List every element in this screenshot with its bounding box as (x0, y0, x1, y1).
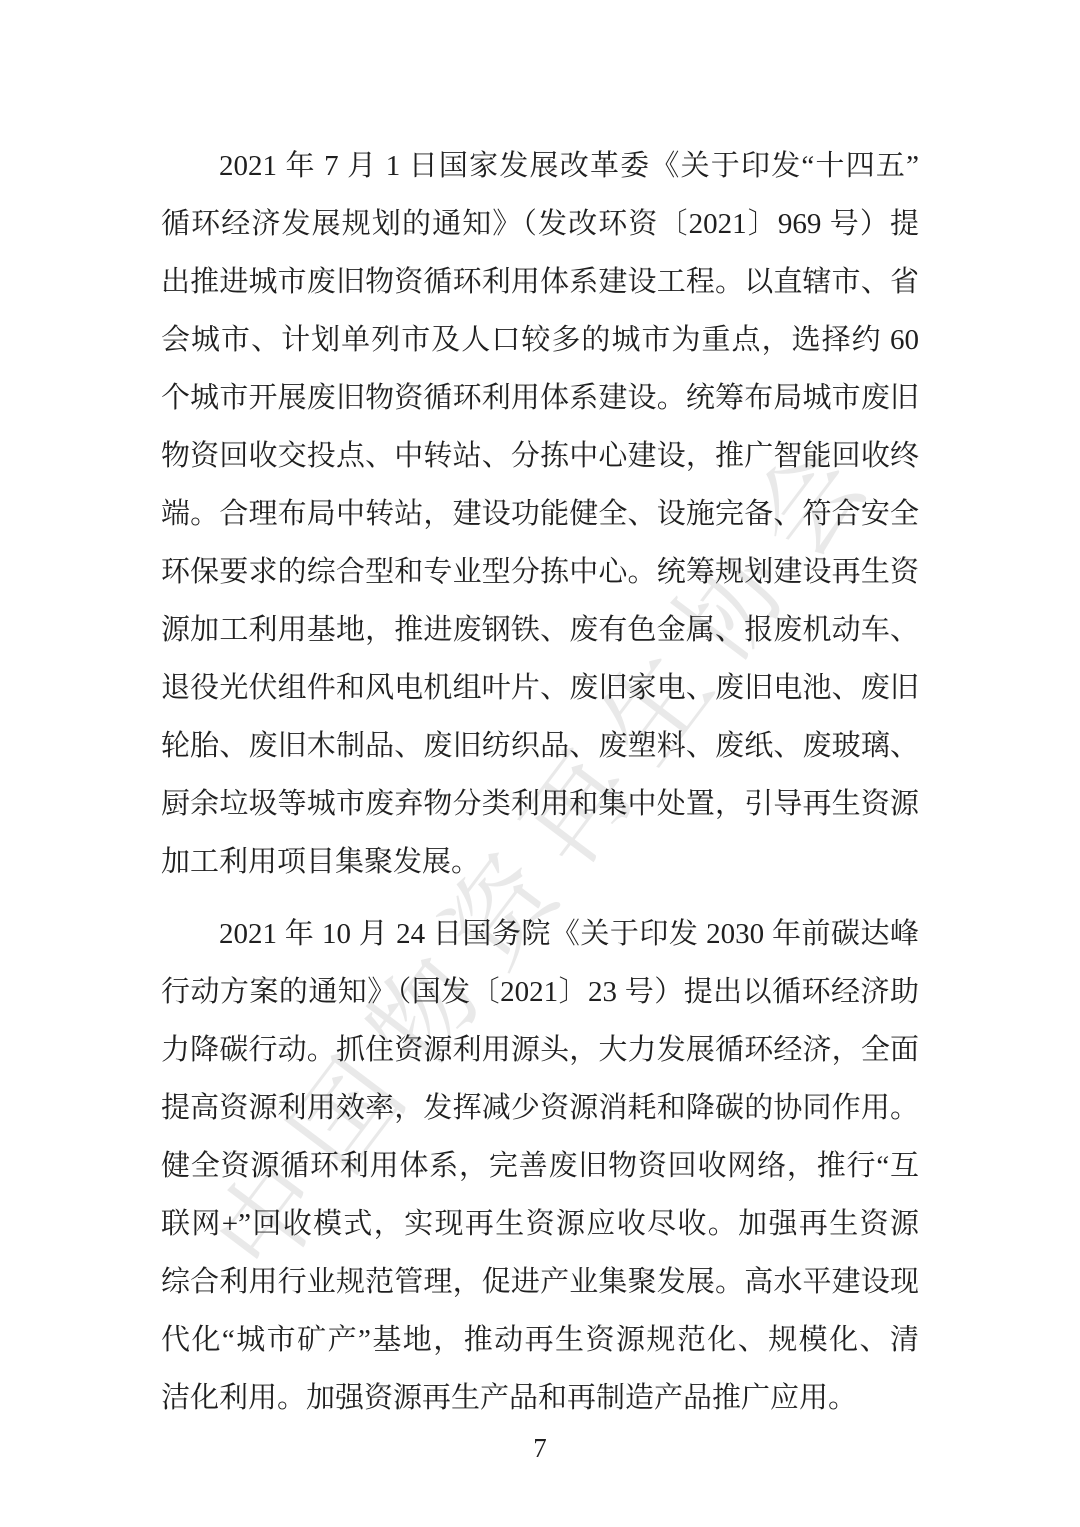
text-line: 代化“城市矿产”基地，推动再生资源规范化、规模化、清 (161, 1311, 919, 1369)
page-number: 7 (0, 1433, 1080, 1464)
text-line: 力降碳行动。抓住资源利用源头，大力发展循环经济，全面 (161, 1021, 919, 1079)
text-line: 环保要求的综合型和专业型分拣中心。统筹规划建设再生资 (161, 543, 919, 601)
text-line: 加工利用项目集聚发展。 (161, 833, 919, 891)
document-body: 2021 年 7 月 1 日国家发展改革委《关于印发“十四五”循环经济发展规划的… (161, 137, 919, 1427)
text-line: 联网+”回收模式，实现再生资源应收尽收。加强再生资源 (161, 1195, 919, 1253)
text-line: 出推进城市废旧物资循环利用体系建设工程。以直辖市、省 (161, 253, 919, 311)
paragraph-policy-carbon-peak-action: 2021 年 10 月 24 日国务院《关于印发 2030 年前碳达峰行动方案的… (161, 905, 919, 1427)
text-line: 端。合理布局中转站，建设功能健全、设施完备、符合安全 (161, 485, 919, 543)
text-line: 健全资源循环利用体系，完善废旧物资回收网络，推行“互 (161, 1137, 919, 1195)
text-line: 退役光伏组件和风电机组叶片、废旧家电、废旧电池、废旧 (161, 659, 919, 717)
text-line: 行动方案的通知》（国发〔2021〕23 号）提出以循环经济助 (161, 963, 919, 1021)
text-line: 提高资源利用效率，发挥减少资源消耗和降碳的协同作用。 (161, 1079, 919, 1137)
text-line: 2021 年 7 月 1 日国家发展改革委《关于印发“十四五” (161, 137, 919, 195)
paragraph-policy-circular-economy-plan: 2021 年 7 月 1 日国家发展改革委《关于印发“十四五”循环经济发展规划的… (161, 137, 919, 891)
text-line: 洁化利用。加强资源再生产品和再制造产品推广应用。 (161, 1369, 919, 1427)
text-line: 2021 年 10 月 24 日国务院《关于印发 2030 年前碳达峰 (161, 905, 919, 963)
text-line: 循环经济发展规划的通知》（发改环资〔2021〕969 号）提 (161, 195, 919, 253)
document-page: 中国物资再生协会 2021 年 7 月 1 日国家发展改革委《关于印发“十四五”… (0, 0, 1080, 1527)
text-line: 厨余垃圾等城市废弃物分类利用和集中处置，引导再生资源 (161, 775, 919, 833)
text-line: 源加工利用基地，推进废钢铁、废有色金属、报废机动车、 (161, 601, 919, 659)
text-line: 会城市、计划单列市及人口较多的城市为重点，选择约 60 (161, 311, 919, 369)
text-line: 轮胎、废旧木制品、废旧纺织品、废塑料、废纸、废玻璃、 (161, 717, 919, 775)
text-line: 个城市开展废旧物资循环利用体系建设。统筹布局城市废旧 (161, 369, 919, 427)
text-line: 综合利用行业规范管理，促进产业集聚发展。高水平建设现 (161, 1253, 919, 1311)
text-line: 物资回收交投点、中转站、分拣中心建设，推广智能回收终 (161, 427, 919, 485)
